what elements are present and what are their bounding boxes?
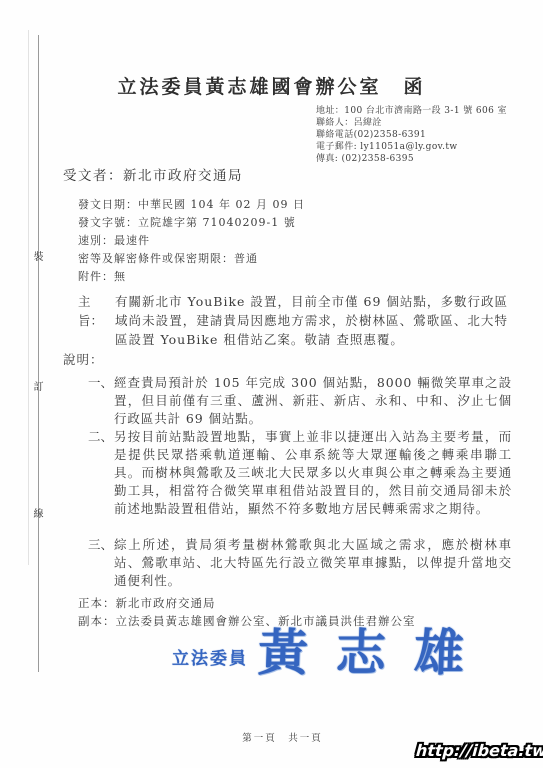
stamp-title: 立法委員 [172,644,248,669]
subject-paragraph: 主旨： 有關新北市 YouBike 設置，目前全市僅 69 個站點，多數行政區域… [78,292,508,349]
contact-block: 地址：100 台北市濟南路一段 3-1 號 606 室 聯絡人：呂緯詮 聯絡電話… [316,105,507,165]
letter-title: 立法委員黃志雄國會辦公室 函 [0,72,543,99]
item-number: 一、 [88,374,114,428]
contact-address: 地址：100 台北市濟南路一段 3-1 號 606 室 [316,105,507,117]
meta-date: 發文日期：中華民國 104 年 02 月 09 日 [78,196,305,214]
subject-label: 主旨： [78,292,115,349]
binding-mark-ding: 訂 [30,378,47,393]
subject-text: 有關新北市 YouBike 設置，目前全市僅 69 個站點，多數行政區域尚未設置… [115,292,508,349]
contact-phone: 聯絡電話(02)2358-6391 [316,129,507,141]
item-text: 另按目前站點設置地點，事實上並非以捷運出入站為主要考量，而是提供民眾搭乘軌道運輸… [114,428,512,518]
item-number: 二、 [88,428,114,518]
meta-attachment: 附件：無 [78,268,305,286]
original-copy-line: 正本：新北市政府交通局 [78,595,216,611]
explanation-item-2: 二、 另按目前站點設置地點，事實上並非以捷運出入站為主要考量，而是提供民眾搭乘軌… [88,428,512,518]
contact-person: 聯絡人：呂緯詮 [316,117,507,129]
contact-email: 電子郵件: ly11051a@ly.gov.tw [316,141,507,153]
item-text: 綜上所述，貴局須考量樹林鶯歌與北大區域之需求，應於樹林車站、鶯歌車站、北大特區先… [114,536,512,590]
binding-mark-xian: 線 [30,505,47,520]
binding-line [38,35,39,672]
meta-security: 密等及解密條件或保密期限：普通 [78,250,305,268]
official-letter-page: 裝 訂 線 立法委員黃志雄國會辦公室 函 地址：100 台北市濟南路一段 3-1… [0,0,543,768]
explanation-label: 說明： [63,350,104,368]
item-text: 經查貴局預計於 105 年完成 300 個站點，8000 輛微笑單車之設置，但目… [114,374,512,428]
binding-mark-zhuang: 裝 [30,248,47,263]
explanation-item-3: 三、 綜上所述，貴局須考量樹林鶯歌與北大區域之需求，應於樹林車站、鶯歌車站、北大… [88,536,512,590]
legislator-signature-stamp: 立法委員 黃志雄 [172,622,492,684]
contact-fax: 傳真: (02)2358-6395 [316,153,507,165]
stamp-name: 黃志雄 [257,622,493,684]
scan-page-edge [28,30,29,565]
explanation-item-1: 一、 經查貴局預計於 105 年完成 300 個站點，8000 輛微笑單車之設置… [88,374,512,428]
item-number: 三、 [88,536,114,590]
meta-speed: 速別：最速件 [78,232,305,250]
meta-block: 發文日期：中華民國 104 年 02 月 09 日 發文字號：立院雄字第 710… [78,196,305,286]
meta-doc-number: 發文字號：立院雄字第 71040209-1 號 [78,214,305,232]
recipient-line: 受文者：新北市政府交通局 [63,164,243,184]
ibeta-watermark: http://ibeta.tw [415,741,543,760]
